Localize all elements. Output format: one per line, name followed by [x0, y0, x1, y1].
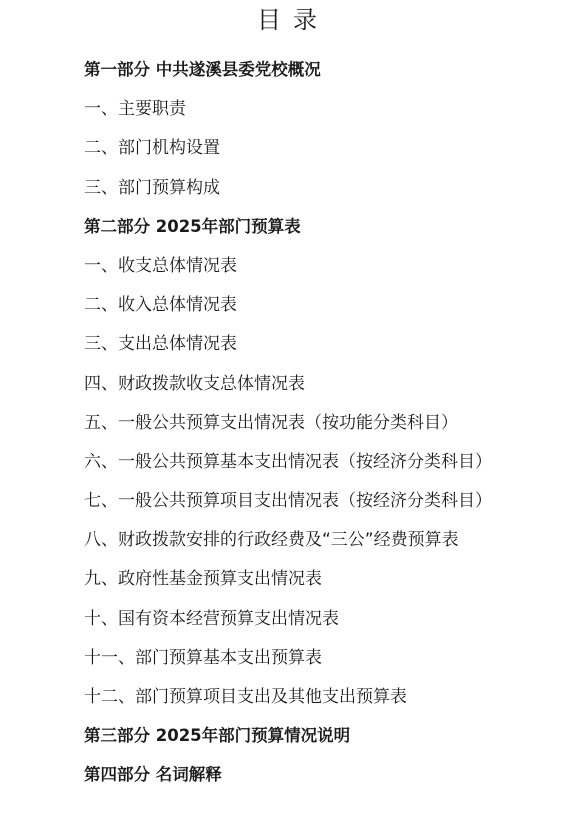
toc-part-3[interactable]: 第三部分 2025年部门预算情况说明	[84, 724, 492, 763]
toc-item[interactable]: 二、部门机构设置	[84, 136, 492, 175]
table-of-contents: 第一部分 中共遂溪县委党校概况 一、主要职责 二、部门机构设置 三、部门预算构成…	[84, 58, 492, 803]
toc-item[interactable]: 一、收支总体情况表	[84, 254, 492, 293]
toc-item[interactable]: 一、主要职责	[84, 97, 492, 136]
toc-item[interactable]: 八、财政拨款安排的行政经费及“三公”经费预算表	[84, 528, 492, 567]
toc-part-1[interactable]: 第一部分 中共遂溪县委党校概况	[84, 58, 492, 97]
toc-item[interactable]: 二、收入总体情况表	[84, 293, 492, 332]
toc-item[interactable]: 三、部门预算构成	[84, 176, 492, 215]
toc-part-4[interactable]: 第四部分 名词解释	[84, 763, 492, 802]
page-title: 目录	[0, 4, 574, 36]
toc-item[interactable]: 三、支出总体情况表	[84, 332, 492, 371]
toc-item[interactable]: 五、一般公共预算支出情况表（按功能分类科目）	[84, 411, 492, 450]
toc-item[interactable]: 十一、部门预算基本支出预算表	[84, 646, 492, 685]
toc-part-2[interactable]: 第二部分 2025年部门预算表	[84, 215, 492, 254]
toc-item[interactable]: 十、国有资本经营预算支出情况表	[84, 607, 492, 646]
toc-item[interactable]: 七、一般公共预算项目支出情况表（按经济分类科目）	[84, 489, 492, 528]
toc-item[interactable]: 十二、部门预算项目支出及其他支出预算表	[84, 685, 492, 724]
toc-item[interactable]: 六、一般公共预算基本支出情况表（按经济分类科目）	[84, 450, 492, 489]
toc-item[interactable]: 九、政府性基金预算支出情况表	[84, 567, 492, 606]
toc-item[interactable]: 四、财政拨款收支总体情况表	[84, 372, 492, 411]
